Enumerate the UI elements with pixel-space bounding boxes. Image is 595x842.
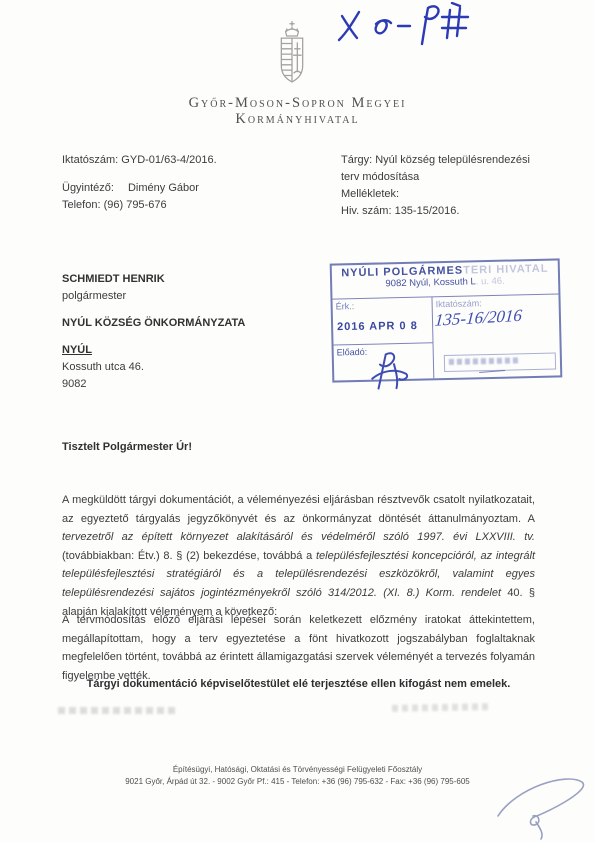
addressee-title: polgármester — [62, 288, 245, 305]
stamp-erk-label: Érk.: — [336, 301, 355, 311]
stamp-office-address-b: . u. 46. — [476, 276, 505, 288]
iktatoszam-line: Iktatószám: GYD-01/63-4/2016. — [62, 152, 217, 169]
illegible-ghost-text-left — [58, 707, 176, 714]
stamp-date: 2016 APR 0 8 — [337, 320, 418, 333]
handwritten-paraph-bottom-right — [492, 770, 595, 840]
paragraph-1: A megküldött tárgyi dokumentációt, a vél… — [62, 491, 535, 621]
addressee-org: NYÚL KÖZSÉG ÖNKORMÁNYZATA — [62, 315, 245, 332]
handwritten-note-top-right — [336, 2, 476, 48]
stamp-iktatoszam-cell: Iktatószám: 135-16/2016 — [432, 294, 559, 353]
stamp-eloado-paraph — [364, 350, 417, 393]
stamp-eloado-cell: Előadó: — [334, 343, 434, 380]
addressee-zip: 9082 — [62, 376, 245, 393]
paragraph-1-seg-0: A megküldött tárgyi dokumentációt, a vél… — [62, 494, 535, 525]
stamp-iktatoszam-value: 135-16/2016 — [434, 306, 523, 331]
greeting: Tisztelt Polgármester Úr! — [62, 441, 192, 453]
targy-line1: Tárgy: Nyúl község településrendezési — [341, 152, 541, 169]
paragraph-1-seg-1: tervezetről az épített környezet alakítá… — [62, 531, 535, 543]
stamp-dash-mark — [479, 370, 505, 373]
addressee-block: SCHMIEDT HENRIK polgármester NYÚL KÖZSÉG… — [62, 271, 245, 393]
ugyintezo-line: Ügyintéző:Dimény Gábor — [62, 180, 217, 197]
org-name-line1: Győr-Moson-Sopron Megyei — [0, 95, 595, 112]
paragraph-1-seg-2: (továbbiakban: Étv.) 8. § (2) bekezdése,… — [62, 550, 316, 562]
stamp-faded-subbox — [444, 353, 556, 373]
scanned-letter-page: Győr-Moson-Sopron Megyei Kormányhivatal … — [0, 0, 595, 842]
stamp-office-address-a: 9082 Nyúl, Kossuth L — [385, 276, 476, 289]
targy-line2: terv módosítása — [341, 169, 541, 186]
arrival-stamp: NYÚLI POLGÁRMESTERI HIVATAL 9082 Nyúl, K… — [330, 258, 563, 382]
hiv-szam-line: Hiv. szám: 135-15/2016. — [341, 203, 541, 220]
ugyintezo-value: Dimény Gábor — [128, 182, 199, 194]
illegible-ghost-text-right — [392, 703, 488, 712]
paragraph-2: A tervmódosítás előző eljárási lépései s… — [62, 611, 535, 685]
stamp-office-name-b: TERI HIVATAL — [463, 263, 549, 277]
addressee-city: NYÚL — [62, 342, 245, 359]
decision-statement: Tárgyi dokumentáció képviselőtestület el… — [62, 678, 535, 690]
ugyintezo-label: Ügyintéző: — [62, 182, 114, 194]
hungary-coat-of-arms — [276, 20, 308, 92]
stamp-erk-cell: Érk.: 2016 APR 0 8 — [332, 297, 432, 345]
addressee-name: SCHMIEDT HENRIK — [62, 271, 245, 288]
meta-right-block: Tárgy: Nyúl község településrendezési te… — [341, 152, 541, 220]
org-name-line2: Kormányhivatal — [0, 111, 595, 128]
meta-left-block: Iktatószám: GYD-01/63-4/2016. Ügyintéző:… — [62, 152, 217, 214]
stamp-illegible-label — [449, 357, 519, 365]
addressee-street: Kossuth utca 46. — [62, 359, 245, 376]
mellekletek-line: Mellékletek: — [341, 186, 541, 203]
telefon-line: Telefon: (96) 795-676 — [62, 197, 217, 214]
